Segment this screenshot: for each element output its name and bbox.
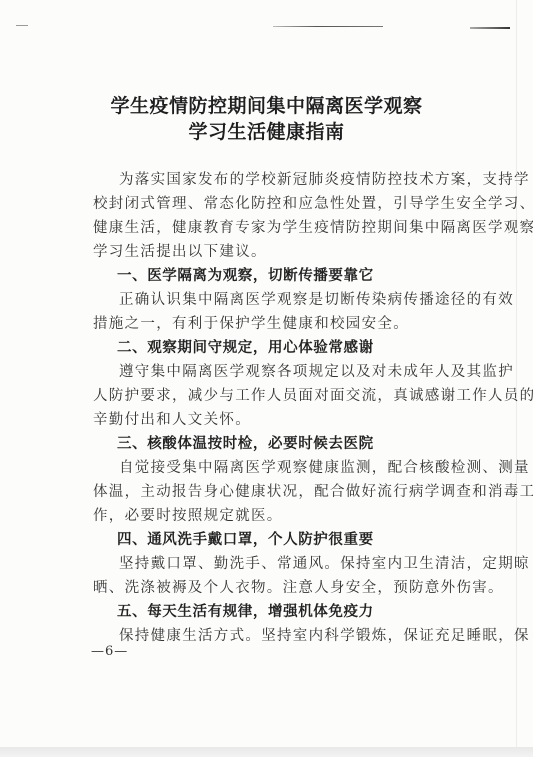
section-1-line: 正确认识集中隔离医学观察是切断传染病传播途径的有效 — [119, 291, 491, 309]
section-heading-5: 五、每天生活有规律，增强机体免疫力 — [117, 603, 489, 621]
section-3-line: 体温，主动报告身心健康状况，配合做好流行病学调查和消毒工 — [93, 483, 465, 501]
section-2-line: 辛勤付出和人文关怀。 — [93, 411, 465, 429]
section-1-line: 措施之一，有利于保护学生健康和校园安全。 — [93, 315, 465, 333]
section-2-line: 遵守集中隔离医学观察各项规定以及对未成年人及其监护 — [119, 363, 491, 381]
scan-artifact-line — [273, 26, 383, 27]
intro-paragraph-line: 健康生活，健康教育专家为学生疫情防控期间集中隔离医学观察 — [93, 219, 465, 237]
intro-paragraph-line: 校封闭式管理、常态化防控和应急性处置，引导学生安全学习、 — [93, 195, 465, 213]
section-3-line: 作，必要时按照规定就医。 — [93, 507, 465, 525]
page-bottom-edge — [0, 747, 533, 757]
section-heading-3: 三、核酸体温按时检，必要时候去医院 — [117, 435, 489, 453]
document-page: 学生疫情防控期间集中隔离医学观察 学习生活健康指南 为落实国家发布的学校新冠肺炎… — [0, 0, 533, 757]
section-3-line: 自觉接受集中隔离医学观察健康监测，配合核酸检测、测量 — [119, 459, 491, 477]
intro-paragraph-line: 为落实国家发布的学校新冠肺炎疫情防控技术方案，支持学 — [119, 171, 491, 189]
document-title-line-1: 学生疫情防控期间集中隔离医学观察 — [0, 91, 533, 118]
section-4-line: 晒、洗涤被褥及个人衣物。注意人身安全，预防意外伤害。 — [93, 579, 465, 597]
section-heading-2: 二、观察期间守规定，用心体验常感谢 — [117, 339, 489, 357]
document-title-line-2: 学习生活健康指南 — [0, 117, 533, 144]
section-5-line: 保持健康生活方式。坚持室内科学锻炼，保证充足睡眠，保 — [119, 627, 491, 645]
scan-artifact-line — [470, 27, 510, 29]
scan-artifact-mark — [16, 25, 28, 26]
section-heading-4: 四、通风洗手戴口罩，个人防护很重要 — [117, 531, 489, 549]
section-4-line: 坚持戴口罩、勤洗手、常通风。保持室内卫生清洁，定期晾 — [119, 555, 491, 573]
intro-paragraph-line: 学习生活提出以下建议。 — [93, 243, 465, 261]
section-2-line: 人防护要求，减少与工作人员面对面交流，真诚感谢工作人员的 — [93, 387, 465, 405]
section-heading-1: 一、医学隔离为观察，切断传播要靠它 — [117, 267, 489, 285]
page-number: —6— — [91, 644, 128, 659]
